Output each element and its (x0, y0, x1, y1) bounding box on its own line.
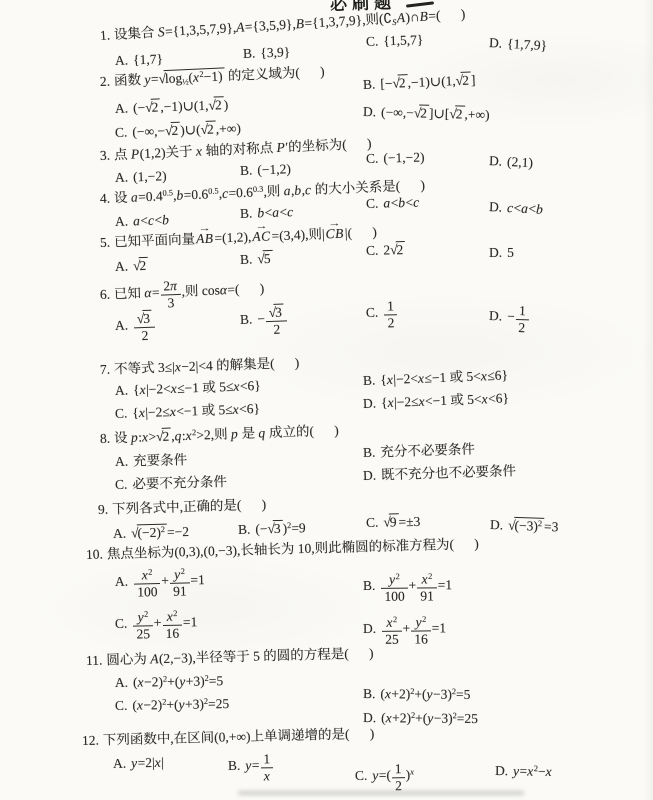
question-2-option-a: A.(−√2,−1)∪(1,√2) (115, 96, 229, 118)
option-text: {x|−2<x≤−1 或 5≤x<6} (133, 378, 261, 397)
option-text: x225+y216=1 (381, 620, 446, 636)
option-text: {x|−2<x≤−1 或 5<x≤6} (380, 367, 508, 387)
option-text: 12 (383, 304, 398, 319)
question-1-option-c: C.{1,5,7} (366, 32, 424, 51)
option-label: B. (240, 206, 253, 221)
option-text: {1,5,7} (383, 32, 423, 48)
option-label: B. (228, 757, 241, 772)
question-2-option-d: D.(−∞,−√2]∪[√2,+∞) (363, 103, 490, 124)
option-label: A. (113, 526, 127, 541)
option-label: B. (363, 76, 376, 92)
question-11-stem: 11.圆心为 A(2,−3),半径等于 5 的圆的方程是( ) (86, 645, 374, 669)
question-12-option-d: D.y=x2−x (495, 763, 552, 781)
option-text: a<b<c (383, 195, 420, 211)
option-label: A. (115, 454, 129, 469)
question-3-option-d: D.(2,1) (489, 153, 534, 172)
question-9-option-d: D.√(−3)2=3 (490, 516, 559, 536)
question-3-option-a: A.(1,−2) (115, 168, 167, 187)
question-12-option-a: A.y=2|x| (113, 755, 164, 773)
option-label: A. (115, 259, 129, 274)
question-text: 设 p:x>√2,q:x2>2,则 p 是 q 成立的( ) (114, 423, 339, 446)
option-label: A. (113, 756, 127, 771)
question-number: 1. (99, 27, 110, 43)
option-text: √2 (133, 258, 149, 274)
question-number: 8. (100, 431, 111, 446)
question-6-option-d: D.−12 (488, 302, 530, 336)
question-10-option-d: D.x225+y216=1 (363, 614, 446, 647)
option-label: D. (363, 621, 376, 636)
question-9-option-a: A.√(−2)2=−2 (113, 523, 190, 543)
question-10-option-c: C.y225+x216=1 (115, 608, 198, 642)
option-label: C. (366, 515, 379, 530)
question-text: 不等式 3≤|x−2|<4 的解集是( ) (114, 355, 300, 376)
option-label: A. (115, 170, 129, 185)
question-2-option-c: C.(−∞,−√2)∪(√2,+∞) (115, 120, 241, 142)
option-label: A. (115, 383, 129, 398)
question-text: 圆心为 A(2,−3),半径等于 5 的圆的方程是( ) (106, 645, 374, 667)
question-6-option-c: C.12 (366, 298, 399, 331)
option-label: B. (238, 522, 251, 537)
option-text: √5 (257, 251, 273, 267)
option-label: B. (363, 445, 376, 460)
option-text: c<a<b (507, 200, 544, 217)
option-text: a<c<b (133, 212, 170, 228)
option-text: y=(12)x (372, 767, 414, 783)
option-label: A. (115, 101, 129, 116)
option-text: (−√2,−1)∪(1,√2) (133, 97, 229, 115)
option-text: [−√2,−1)∪(1,√2] (380, 72, 476, 91)
question-text: 下列函数中,在区间(0,+∞)上单调递增的是( ) (103, 726, 375, 748)
option-text: (−1,−2) (383, 149, 424, 165)
option-label: B. (363, 686, 376, 701)
option-text: 既不充分也不必要条件 (381, 463, 516, 482)
option-text: −12 (507, 308, 530, 324)
question-4-option-b: B.b<a<c (240, 204, 294, 223)
option-label: A. (115, 214, 129, 229)
question-7-option-b: B.{x|−2<x≤−1 或 5<x≤6} (363, 367, 509, 389)
option-label: C. (115, 615, 128, 630)
question-number: 2. (100, 74, 111, 89)
option-label: C. (366, 34, 379, 49)
option-label: B. (240, 163, 253, 178)
question-7-option-d: D.{x|−2≤x<−1 或 5<x<6} (363, 390, 510, 412)
question-9-option-c: C.√9=±3 (366, 513, 421, 532)
option-label: B. (240, 252, 253, 267)
option-label: D. (495, 763, 508, 778)
option-text: y=1x (245, 757, 274, 773)
option-label: A. (115, 317, 129, 332)
option-text: √(−3)2=3 (508, 518, 559, 535)
option-label: A. (115, 53, 129, 68)
option-text: y2100+x291=1 (380, 577, 452, 593)
option-label: D. (489, 245, 502, 260)
option-label: D. (363, 396, 377, 411)
question-11-option-d: D.(x+2)2+(y−3)2=25 (363, 710, 478, 728)
question-11-option-c: C.(x−2)2+(y+3)2=25 (115, 696, 229, 715)
question-12-option-c: C.y=(12)x (355, 761, 415, 794)
option-label: D. (363, 104, 377, 119)
option-label: B. (243, 46, 256, 61)
pen-stroke (406, 1, 434, 7)
option-text: (x+2)2+(y−3)2=25 (381, 710, 478, 726)
option-text: (−∞,−√2]∪[√2,+∞) (381, 104, 490, 122)
option-text: (1,−2) (133, 168, 167, 184)
option-text: √32 (133, 316, 157, 332)
question-6-option-b: B.−√32 (239, 303, 288, 338)
option-label: C. (115, 698, 128, 713)
option-label: B. (240, 311, 253, 326)
question-12-option-b: B.y=1x (228, 751, 275, 784)
question-number: 10. (86, 547, 103, 562)
question-number: 7. (100, 362, 111, 377)
question-10-option-b: B.y2100+x291=1 (363, 571, 452, 604)
question-8-stem: 8.设 p:x>√2,q:x2>2,则 p 是 q 成立的( ) (100, 422, 339, 448)
option-text: (x−2)2+(y+3)2=25 (132, 696, 229, 713)
question-1-option-a: A.{1,7} (115, 51, 164, 70)
question-number: 12. (82, 733, 99, 748)
question-6-option-a: A.√32 (114, 310, 156, 345)
option-label: B. (363, 578, 376, 593)
option-text: (2,1) (507, 154, 534, 170)
option-text: y225+x216=1 (132, 614, 197, 630)
option-text: y=x2−x (513, 763, 552, 779)
option-label: C. (366, 151, 379, 166)
option-text: (−√3)2=9 (255, 520, 306, 536)
option-text: 充分不必要条件 (380, 441, 475, 459)
option-text: −√32 (257, 310, 288, 326)
option-label: D. (363, 468, 377, 483)
option-text: {1,7,9} (507, 36, 548, 53)
option-label: C. (366, 196, 379, 211)
option-text: (−∞,−√2)∪(√2,+∞) (132, 121, 241, 140)
question-4-option-a: A.a<c<b (115, 212, 170, 231)
question-3-option-c: C.(−1,−2) (366, 149, 425, 167)
question-4-option-c: C.a<b<c (366, 195, 420, 213)
question-9-stem: 9.下列各式中,正确的是( ) (98, 497, 267, 519)
option-text: √(−2)2=−2 (131, 524, 189, 541)
question-5-option-a: A.√2 (115, 257, 149, 276)
option-label: B. (363, 373, 376, 388)
question-text: 下列各式中,正确的是( ) (112, 497, 267, 517)
question-3-option-b: B.(−1,2) (240, 161, 291, 180)
question-5-option-b: B.√5 (240, 250, 273, 269)
option-label: D. (489, 35, 503, 51)
question-12-stem: 12.下列函数中,在区间(0,+∞)上单调递增的是( ) (82, 726, 375, 750)
option-label: C. (115, 125, 128, 140)
option-label: D. (489, 153, 503, 169)
option-label: C. (366, 243, 379, 258)
question-7-option-c: C.{x|−2≤x<−1 或 5≤x<6} (115, 401, 261, 423)
question-number: 11. (86, 653, 103, 668)
option-text: x2100+y291=1 (133, 572, 205, 588)
exam-sheet: 必刷题 1.设集合 S={1,3,5,7,9},A={3,5,9},B={1,3… (0, 0, 653, 800)
option-text: 5 (507, 245, 514, 260)
option-text: {1,7} (133, 51, 163, 67)
question-8-option-b: B.充分不必要条件 (363, 441, 475, 461)
option-text: {x|−2≤x<−1 或 5≤x<6} (132, 401, 260, 420)
question-1-option-b: B.{3,9} (243, 44, 291, 63)
option-text: 必要不充分条件 (132, 474, 227, 491)
option-text: √9=±3 (383, 514, 420, 530)
question-4-option-d: D.c<a<b (489, 199, 544, 219)
question-number: 4. (100, 191, 111, 206)
option-label: D. (490, 517, 504, 532)
question-number: 3. (100, 148, 111, 163)
question-8-option-d: D.既不充分也不必要条件 (363, 463, 517, 485)
question-11-option-b: B.(x+2)2+(y−3)2=5 (363, 686, 471, 704)
question-7-stem: 7.不等式 3≤|x−2|<4 的解集是( ) (100, 355, 300, 379)
option-text: {x|−2≤x<−1 或 5<x<6} (381, 390, 509, 410)
option-label: C. (355, 767, 368, 782)
question-8-option-a: A.充要条件 (115, 452, 188, 471)
question-2-option-b: B.[−√2,−1)∪(1,√2] (363, 71, 476, 94)
option-label: C. (115, 477, 128, 492)
option-label: C. (366, 304, 379, 319)
question-9-option-b: B.(−√3)2=9 (238, 519, 306, 539)
option-label: D. (489, 199, 503, 215)
option-text: {3,9} (260, 44, 290, 60)
question-1-option-d: D.{1,7,9} (489, 35, 548, 55)
option-label: A. (115, 675, 128, 690)
option-text: (x+2)2+(y−3)2=5 (380, 686, 470, 702)
question-5-option-d: D.5 (489, 245, 514, 262)
option-text: 2√2 (383, 242, 405, 258)
option-label: D. (489, 308, 503, 323)
option-label: D. (363, 710, 376, 725)
option-text: (−1,2) (257, 161, 291, 177)
question-number: 5. (100, 235, 111, 250)
option-text: (x−2)2+(y+3)2=5 (133, 673, 223, 690)
question-text: 已知 α=2π3,则 cosα=( ) (114, 280, 265, 301)
question-7-option-a: A.{x|−2<x≤−1 或 5≤x<6} (115, 378, 261, 400)
question-11-option-a: A.(x−2)2+(y+3)2=5 (115, 673, 223, 692)
scan-smudge (238, 791, 524, 795)
option-text: b<a<c (257, 204, 294, 220)
question-5-option-c: C.2√2 (366, 241, 406, 260)
option-text: y=2|x| (131, 755, 164, 771)
option-text: 充要条件 (133, 452, 187, 468)
option-label: C. (115, 406, 128, 421)
question-10-option-a: A.x2100+y291=1 (115, 566, 206, 600)
question-number: 6. (100, 286, 111, 301)
question-8-option-c: C.必要不充分条件 (115, 474, 227, 494)
question-number: 9. (98, 502, 109, 517)
option-label: A. (115, 573, 128, 588)
